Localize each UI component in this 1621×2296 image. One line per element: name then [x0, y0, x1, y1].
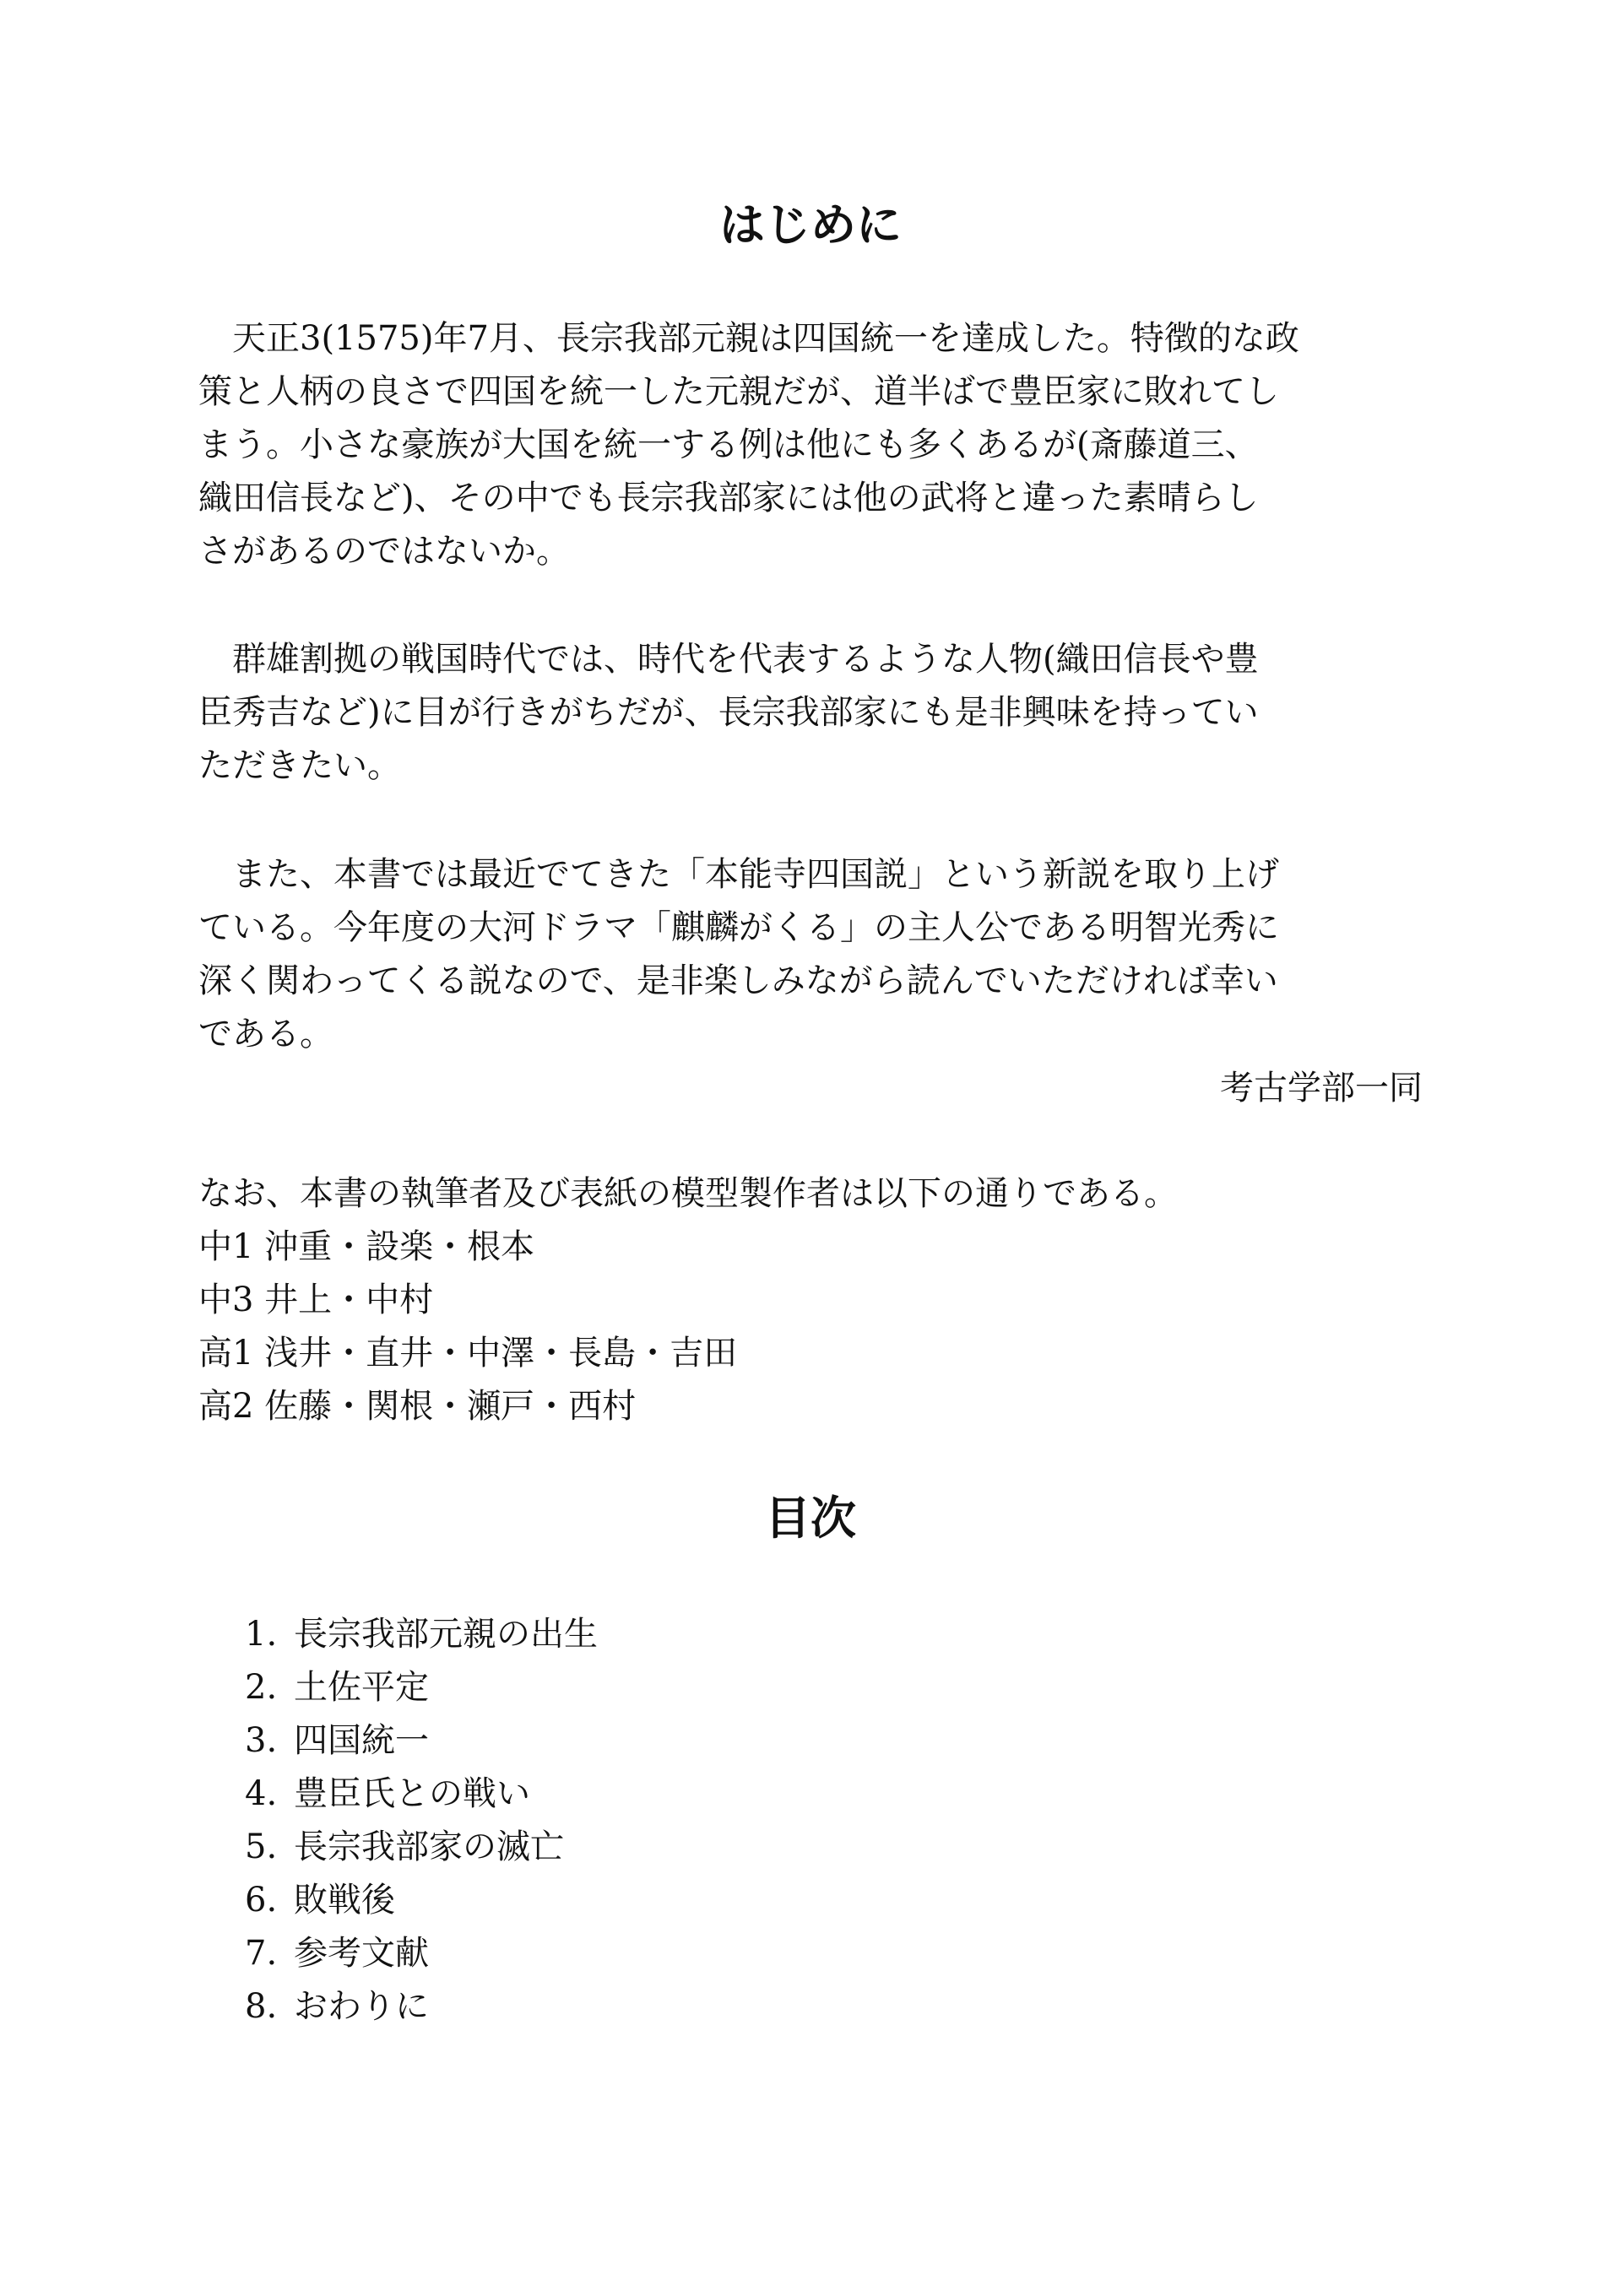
toc-item-label: 長宗我部家の滅亡	[294, 1821, 564, 1874]
toc-title: 目次	[198, 1492, 1423, 1543]
toc-item-number: 3.	[245, 1714, 294, 1768]
toc-item-label: 四国統一	[294, 1714, 429, 1768]
toc-item: 1.長宗我部元親の出生	[245, 1608, 598, 1661]
toc-item-number: 2.	[245, 1661, 294, 1714]
toc-item: 2.土佐平定	[245, 1661, 598, 1714]
intro-paragraph-2: 群雄割拠の戦国時代では、時代を代表するような人物(織田信長や豊 臣秀吉など)に目…	[198, 633, 1423, 793]
author-group-row: 中1 沖重・設楽・根本	[198, 1221, 1178, 1274]
toc-item-label: 敗戦後	[294, 1874, 395, 1927]
intro-paragraph-1: 天正3(1575)年7月、長宗我部元親は四国統一を達成した。特徴的な政 策と人柄…	[198, 312, 1423, 578]
signature: 考古学部一同	[1220, 1062, 1423, 1115]
toc-item-number: 8.	[245, 1980, 294, 2033]
text-line: 群雄割拠の戦国時代では、時代を代表するような人物(織田信長や豊	[198, 633, 1423, 686]
intro-title: はじめに	[198, 199, 1423, 250]
author-grade: 高2	[198, 1387, 253, 1426]
toc-item-label: 土佐平定	[294, 1661, 429, 1714]
author-grade: 中1	[198, 1227, 253, 1266]
author-group-row: 高1 浅井・直井・中澤・長島・吉田	[198, 1327, 1178, 1380]
text-line: である。	[198, 1008, 1423, 1061]
toc-item: 4.豊臣氏との戦い	[245, 1768, 598, 1821]
text-line: ただきたい。	[198, 739, 1423, 793]
table-of-contents: 1.長宗我部元親の出生 2.土佐平定 3.四国統一 4.豊臣氏との戦い 5.長宗…	[245, 1608, 598, 2033]
author-grade: 高1	[198, 1334, 253, 1373]
toc-item-number: 4.	[245, 1768, 294, 1821]
text-line: 天正3(1575)年7月、長宗我部元親は四国統一を達成した。特徴的な政	[198, 312, 1423, 366]
toc-item: 8.おわりに	[245, 1980, 598, 2033]
text-line: 臣秀吉など)に目が行きがちだが、長宗我部家にも是非興味を持ってい	[198, 686, 1423, 739]
author-names: 井上・中村	[264, 1281, 433, 1319]
intro-paragraph-3: また、本書では最近でてきた「本能寺四国説」という新説を取り上げ ている。今年度の…	[198, 848, 1423, 1061]
author-names: 佐藤・関根・瀬戸・西村	[264, 1387, 636, 1426]
text-line: 織田信長など)、その中でも長宗我部家には他の武将と違った素晴らし	[198, 472, 1423, 525]
toc-item-label: 長宗我部元親の出生	[294, 1608, 598, 1661]
text-line: まう。小さな豪族が大国を統一する例は他にも多くあるが(斎藤道三、	[198, 419, 1423, 472]
text-line: ている。今年度の大河ドラマ「麒麟がくる」の主人公である明智光秀に	[198, 902, 1423, 955]
toc-item-label: おわりに	[294, 1980, 429, 2033]
toc-item: 5.長宗我部家の滅亡	[245, 1821, 598, 1874]
text-line: 深く関わってくる説なので、是非楽しみながら読んでいただければ幸い	[198, 955, 1423, 1008]
toc-item-label: 参考文献	[294, 1927, 429, 1980]
text-line: さがあるのではないか。	[198, 525, 1423, 578]
author-names: 浅井・直井・中澤・長島・吉田	[264, 1334, 737, 1373]
author-group-row: 中3 井上・中村	[198, 1274, 1178, 1327]
toc-item: 3.四国統一	[245, 1714, 598, 1768]
toc-item-number: 5.	[245, 1821, 294, 1874]
toc-item-number: 7.	[245, 1927, 294, 1980]
author-group-row: 高2 佐藤・関根・瀬戸・西村	[198, 1380, 1178, 1433]
authors-lead: なお、本書の執筆者及び表紙の模型製作者は以下の通りである。	[198, 1167, 1178, 1221]
author-names: 沖重・設楽・根本	[264, 1227, 534, 1266]
author-grade: 中3	[198, 1281, 253, 1319]
toc-item: 7.参考文献	[245, 1927, 598, 1980]
toc-item: 6.敗戦後	[245, 1874, 598, 1927]
text-line: また、本書では最近でてきた「本能寺四国説」という新説を取り上げ	[198, 848, 1423, 902]
toc-item-number: 6.	[245, 1874, 294, 1927]
toc-item-label: 豊臣氏との戦い	[294, 1768, 530, 1821]
text-line: 策と人柄の良さで四国を統一した元親だが、道半ばで豊臣家に敗れてし	[198, 366, 1423, 419]
authors-section: なお、本書の執筆者及び表紙の模型製作者は以下の通りである。 中1 沖重・設楽・根…	[198, 1167, 1178, 1433]
toc-item-number: 1.	[245, 1608, 294, 1661]
